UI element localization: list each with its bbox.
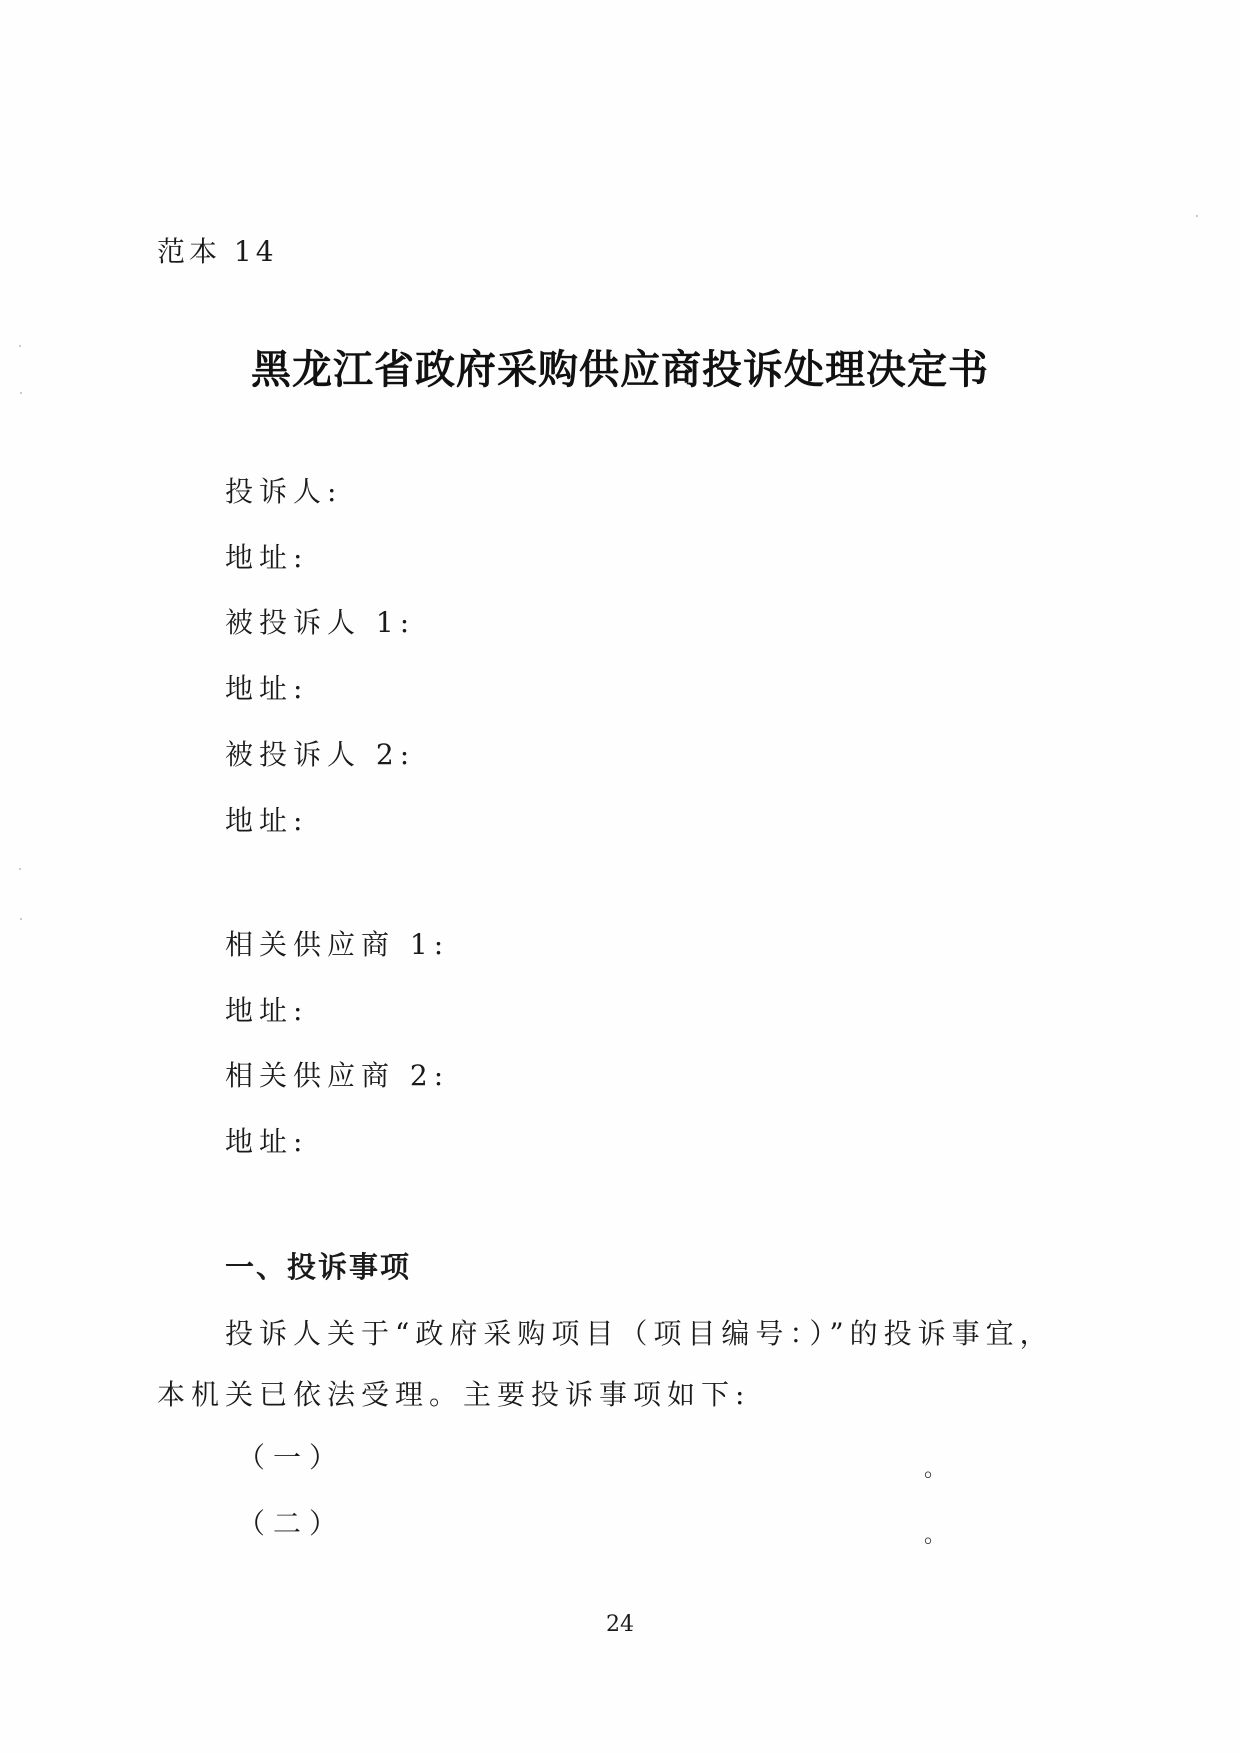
item-1-marker: （一） (237, 1436, 345, 1476)
scan-speck (20, 392, 22, 394)
related-supplier-2-address-label: 地址: (225, 1120, 308, 1160)
related-supplier-1-label: 相关供应商 1: (225, 923, 449, 963)
item-2-marker: （二） (237, 1502, 345, 1542)
item-2-end-mark: 。 (924, 1518, 946, 1549)
complainant-address-label: 地址: (225, 536, 308, 576)
scan-speck (20, 918, 22, 920)
complainant-label: 投诉人: (225, 470, 342, 510)
section-heading: 一、投诉事项 (225, 1245, 411, 1286)
scan-speck (19, 345, 21, 347)
document-title: 黑龙江省政府采购供应商投诉处理决定书 (0, 338, 1240, 395)
respondent-2-label: 被投诉人 2: (225, 733, 415, 773)
item-1-end-mark: 。 (924, 1452, 946, 1483)
related-supplier-2-label: 相关供应商 2: (225, 1054, 449, 1094)
related-supplier-1-address-label: 地址: (225, 989, 308, 1029)
scan-speck (1196, 215, 1198, 217)
respondent-2-address-label: 地址: (225, 799, 308, 839)
paragraph-line-1: 投诉人关于“政府采购项目（项目编号：）”的投诉事宜， (225, 1312, 1054, 1352)
respondent-1-address-label: 地址: (225, 667, 308, 707)
respondent-1-label: 被投诉人 1: (225, 601, 415, 641)
document-page: 范本 14 黑龙江省政府采购供应商投诉处理决定书 投诉人: 地址: 被投诉人 1… (0, 0, 1240, 1753)
sample-label: 范本 14 (157, 230, 278, 270)
scan-speck (19, 868, 21, 870)
paragraph-line-2: 本机关已依法受理。主要投诉事项如下: (157, 1373, 750, 1413)
page-number: 24 (0, 1612, 1240, 1637)
